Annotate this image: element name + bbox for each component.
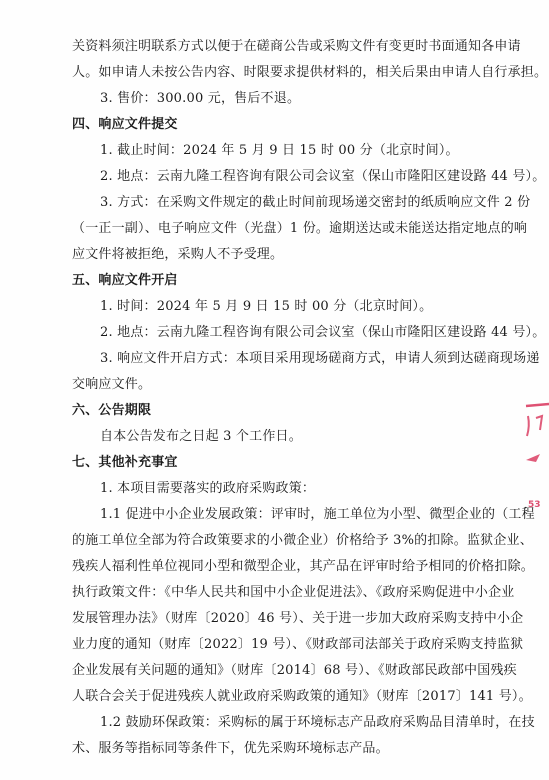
body-text-line: 人。如申请人未按公告内容、时限要求提供材料的，相关后果由申请人自行承担。 — [72, 60, 490, 86]
body-text-line: 应文件将被拒绝，采购人不予受理。 — [72, 242, 490, 268]
body-text-line: 发展管理办法》（财库〔2020〕46 号）、关于进一步加大政府采购支持中小企 — [72, 606, 490, 632]
body-text-line: 业力度的通知（财库〔2022〕19 号）、《财政部司法部关于政府采购支持监狱 — [72, 632, 490, 658]
indented-text-line: 1. 时间：2024 年 5 月 9 日 15 时 00 分（北京时间）。 — [72, 294, 490, 320]
document-body: 关资料须注明联系方式以便于在磋商公告或采购文件有变更时书面通知各申请人。如申请人… — [72, 34, 490, 762]
body-text-line: 执行政策文件：《中华人民共和国中小企业促进法》、《政府采购促进中小企业 — [72, 580, 490, 606]
body-text-line: 交响应文件。 — [72, 372, 490, 398]
body-text-line: 关资料须注明联系方式以便于在磋商公告或采购文件有变更时书面通知各申请 — [72, 34, 490, 60]
indented-text-line: 1. 本项目需要落实的政府采购政策： — [72, 476, 490, 502]
body-text-line: 残疾人福利性单位视同小型和微型企业，其产品在评审时给予相同的价格扣除。 — [72, 554, 490, 580]
indented-text-line: 2. 地点：云南九隆工程咨询有限公司会议室（保山市隆阳区建设路 44 号）。 — [72, 320, 490, 346]
body-text-line: 术、服务等指标同等条件下，优先采购环境标志产品。 — [72, 736, 490, 762]
indented-text-line: 1. 截止时间：2024 年 5 月 9 日 15 时 00 分（北京时间）。 — [72, 138, 490, 164]
document-page: 关资料须注明联系方式以便于在磋商公告或采购文件有变更时书面通知各申请人。如申请人… — [0, 0, 549, 780]
indented-text-line: 3. 售价：300.00 元，售后不退。 — [72, 86, 490, 112]
indented-text-line: 自本公告发布之日起 3 个工作日。 — [72, 424, 490, 450]
indented-text-line: 1.2 鼓励环保政策：采购标的属于环境标志产品政府采购品目清单时，在技 — [72, 710, 490, 736]
body-text-line: 企业发展有关问题的通知》（财库〔2014〕68 号）、《财政部民政部中国残疾 — [72, 658, 490, 684]
body-text-line: （一正一副）、电子响应文件（光盘）1 份。逾期送达或未能送达指定地点的响 — [72, 216, 490, 242]
section-heading: 六、公告期限 — [72, 398, 490, 424]
section-heading: 七、其他补充事宜 — [72, 450, 490, 476]
indented-text-line: 3. 方式：在采购文件规定的截止时间前现场递交密封的纸质响应文件 2 份 — [72, 190, 490, 216]
indented-text-line: 1.1 促进中小企业发展政策：评审时，施工单位为小型、微型企业的（工程 — [72, 502, 490, 528]
body-text-line: 的施工单位全部为符合政策要求的小微企业）价格给予 3%的扣除。监狱企业、 — [72, 528, 490, 554]
section-heading: 五、响应文件开启 — [72, 268, 490, 294]
section-heading: 四、响应文件提交 — [72, 112, 490, 138]
body-text-line: 人联合会关于促进残疾人就业政府采购政策的通知》（财库〔2017〕141 号）。 — [72, 684, 490, 710]
indented-text-line: 2. 地点：云南九隆工程咨询有限公司会议室（保山市隆阳区建设路 44 号）。 — [72, 164, 490, 190]
indented-text-line: 3. 响应文件开启方式：本项目采用现场磋商方式，申请人须到达磋商现场递 — [72, 346, 490, 372]
